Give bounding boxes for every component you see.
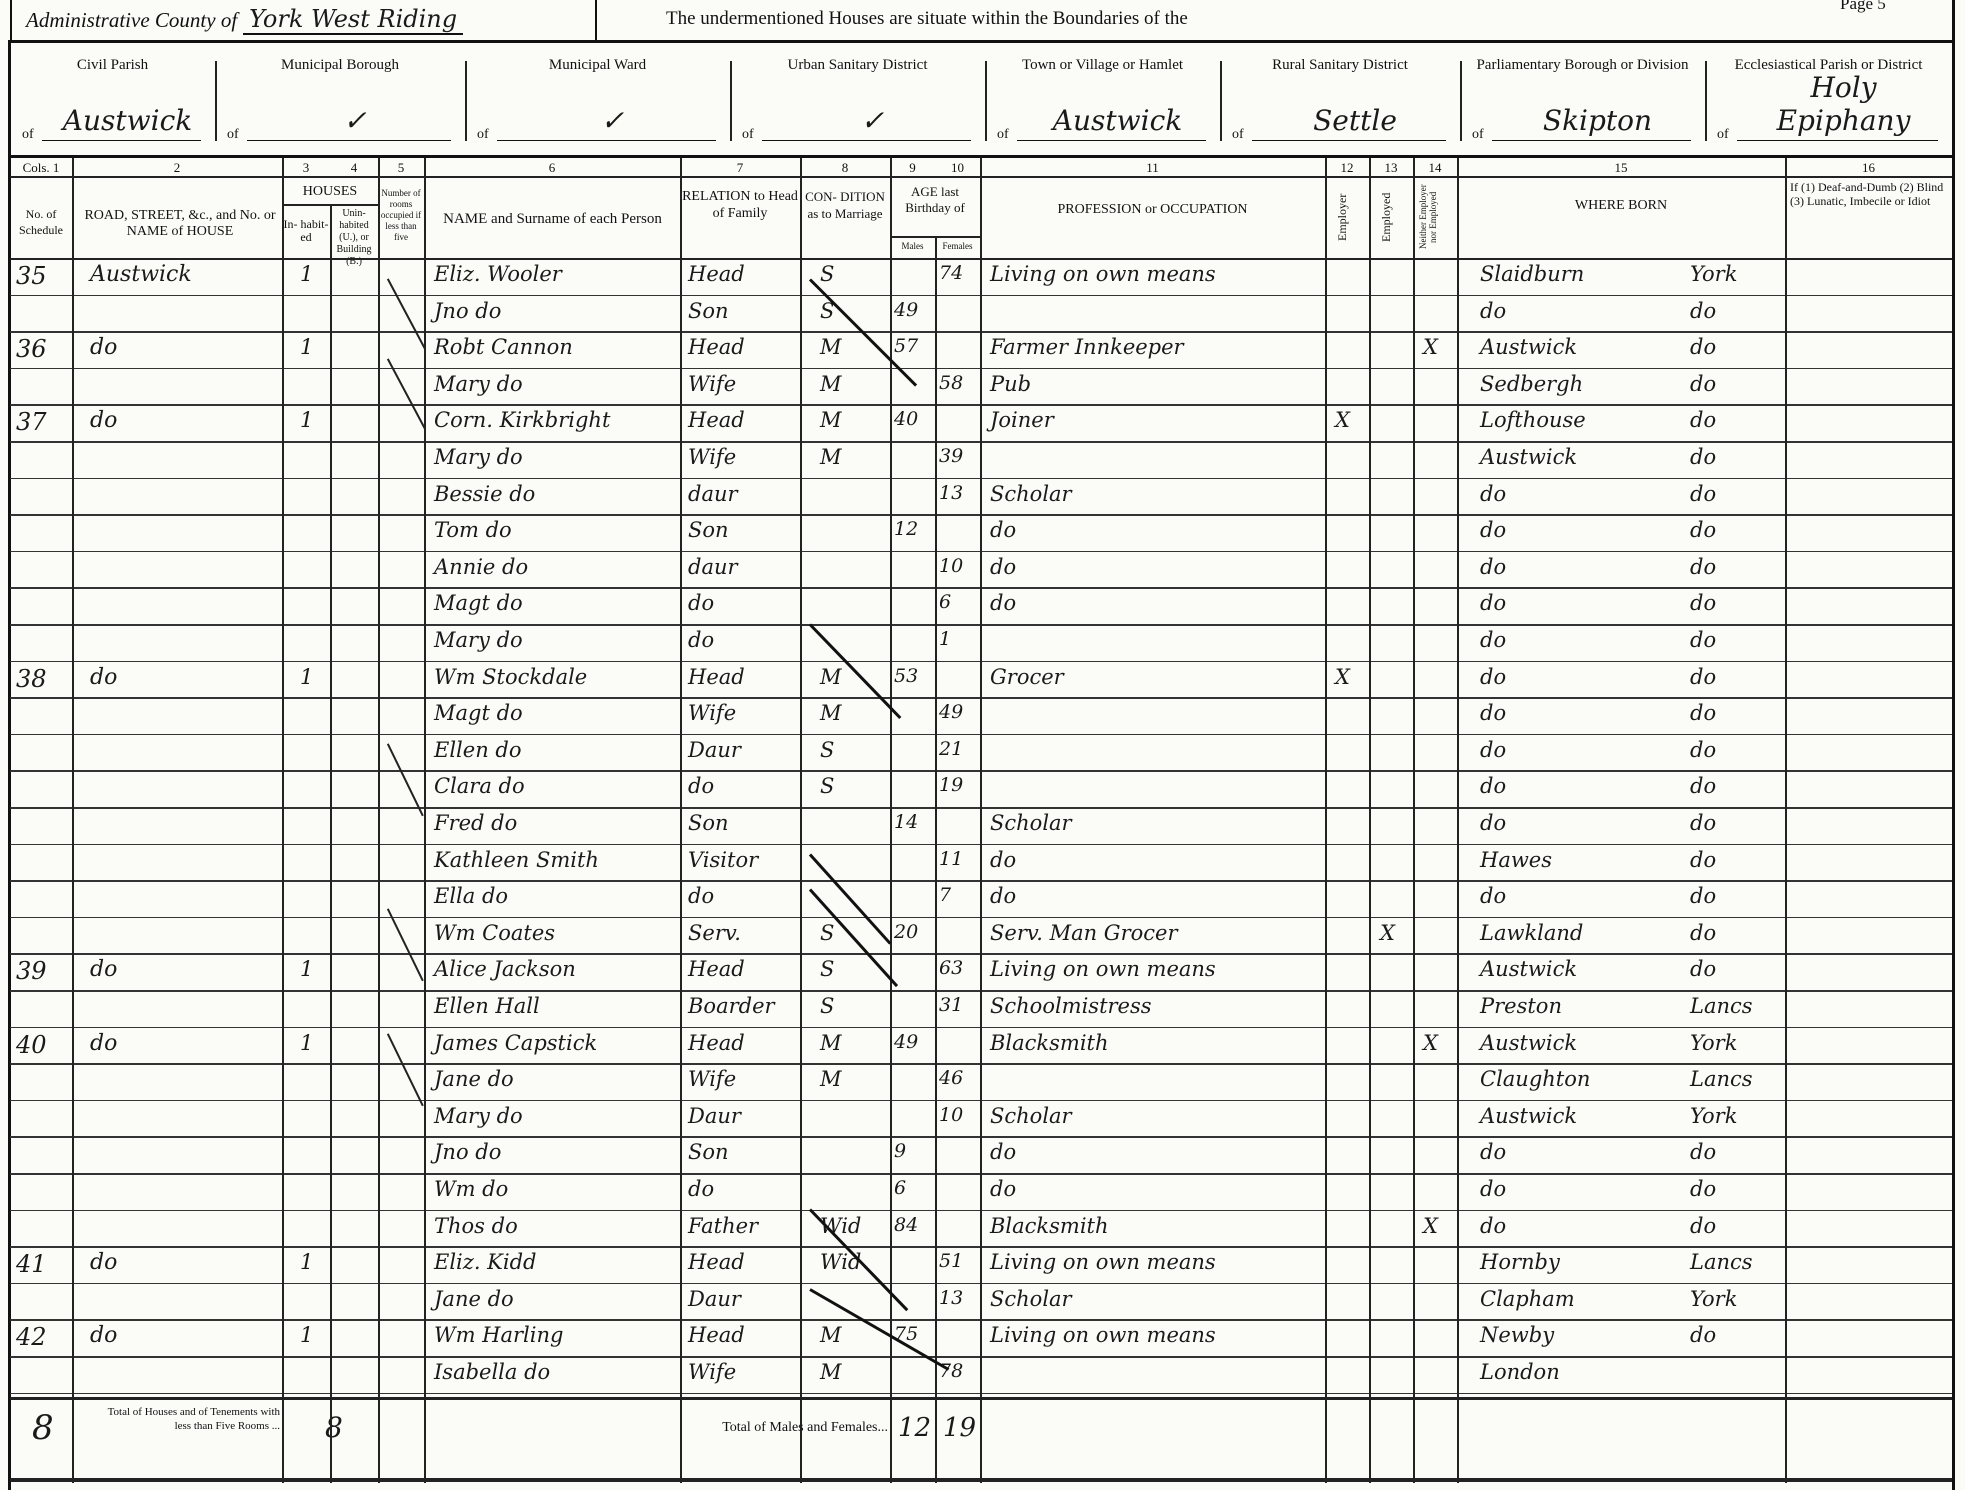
col-num-5: 5 bbox=[378, 160, 424, 176]
cell-relation: do bbox=[688, 774, 714, 798]
column-divider bbox=[330, 204, 332, 1483]
cell-condition: S bbox=[820, 774, 834, 798]
cell-born-place: do bbox=[1480, 701, 1506, 725]
cell-female: 7 bbox=[939, 884, 951, 906]
cell-born-place: do bbox=[1480, 299, 1506, 323]
cell-relation: Head bbox=[688, 408, 745, 432]
cell-occupation: Scholar bbox=[990, 1287, 1072, 1311]
cell-female: 51 bbox=[939, 1250, 963, 1272]
cell-occupation: Schoolmistress bbox=[990, 994, 1152, 1018]
cell-occupation: Pub bbox=[990, 372, 1031, 396]
cell-inhabited: 1 bbox=[300, 262, 313, 286]
cell-born-place: Hornby bbox=[1480, 1250, 1560, 1274]
cell-male: 6 bbox=[894, 1177, 906, 1199]
cell-condition: S bbox=[820, 921, 834, 945]
cell-occupation: Living on own means bbox=[990, 1250, 1216, 1274]
cell-male: 12 bbox=[894, 518, 918, 540]
cell-born-county: York bbox=[1690, 262, 1737, 286]
cell-name: Jane do bbox=[434, 1067, 514, 1091]
cell-relation: Son bbox=[688, 1140, 729, 1164]
cell-relation: Daur bbox=[688, 1287, 741, 1311]
col-num-10: 10 bbox=[935, 160, 980, 176]
totals-persons-label: Total of Males and Females... bbox=[570, 1420, 888, 1436]
cell-born-place: London bbox=[1480, 1360, 1560, 1384]
cell-neither: X bbox=[1423, 1031, 1438, 1055]
cell-occupation: Living on own means bbox=[990, 262, 1216, 286]
cell-born-county: do bbox=[1690, 1214, 1716, 1238]
district-village-hamlet: Town or Village or Hamlet of Austwick bbox=[985, 43, 1220, 157]
cell-born-county: do bbox=[1690, 921, 1716, 945]
cell-occupation: Living on own means bbox=[990, 1323, 1216, 1347]
cell-born-county: do bbox=[1690, 591, 1716, 615]
cell-relation: daur bbox=[688, 555, 738, 579]
cell-name: Thos do bbox=[434, 1214, 518, 1238]
cell-born-place: do bbox=[1480, 811, 1506, 835]
cell-inhabited: 1 bbox=[300, 1323, 313, 1347]
cell-relation: Serv. bbox=[688, 921, 741, 945]
cell-occupation: do bbox=[990, 555, 1016, 579]
cell-born-county: Lancs bbox=[1690, 1067, 1753, 1091]
cell-male: 14 bbox=[894, 811, 918, 833]
cell-born-county: do bbox=[1690, 957, 1716, 981]
cell-name: Fred do bbox=[434, 811, 517, 835]
cell-born-place: Sedbergh bbox=[1480, 372, 1583, 396]
tally-stroke bbox=[387, 908, 423, 981]
cell-name: Jno do bbox=[434, 299, 501, 323]
totals-males: 12 bbox=[898, 1413, 931, 1443]
cell-name: Wm do bbox=[434, 1177, 508, 1201]
column-divider bbox=[424, 158, 426, 1483]
cell-born-county: do bbox=[1690, 1140, 1716, 1164]
cell-relation: Son bbox=[688, 299, 729, 323]
cell-born-county: do bbox=[1690, 335, 1716, 359]
cell-employed: X bbox=[1380, 921, 1395, 945]
cell-female: 39 bbox=[939, 445, 963, 467]
totals-schedule-mark: 8 bbox=[32, 1408, 54, 1448]
cell-name: Annie do bbox=[434, 555, 528, 579]
cell-born-county: do bbox=[1690, 628, 1716, 652]
cell-inhabited: 1 bbox=[300, 1031, 313, 1055]
column-divider bbox=[1369, 158, 1371, 1483]
cell-schedule: 42 bbox=[16, 1323, 47, 1351]
cell-occupation: Serv. Man Grocer bbox=[990, 921, 1177, 945]
cell-condition: M bbox=[820, 372, 842, 396]
cell-female: 78 bbox=[939, 1360, 963, 1382]
cell-name: Isabella do bbox=[434, 1360, 550, 1384]
district-ecclesiastical-parish: Ecclesiastical Parish or District of Hol… bbox=[1705, 43, 1952, 157]
district-urban-sanitary: Urban Sanitary District of ✓ bbox=[730, 43, 985, 157]
cell-relation: Father bbox=[688, 1214, 758, 1238]
cell-born-place: Preston bbox=[1480, 994, 1562, 1018]
cell-born-place: do bbox=[1480, 518, 1506, 542]
cell-male: 49 bbox=[894, 299, 918, 321]
cell-female: 10 bbox=[939, 555, 963, 577]
administrative-county-label: Administrative County of bbox=[26, 8, 237, 33]
cell-relation: Head bbox=[688, 957, 745, 981]
cell-female: 13 bbox=[939, 1287, 963, 1309]
header-males: Males bbox=[890, 238, 935, 254]
cell-occupation: do bbox=[990, 1177, 1016, 1201]
cell-born-place: Claughton bbox=[1480, 1067, 1590, 1091]
tally-stroke bbox=[387, 743, 423, 816]
totals-houses-label: Total of Houses and of Tenements with le… bbox=[100, 1405, 280, 1433]
cell-relation: Visitor bbox=[688, 848, 758, 872]
cell-relation: Head bbox=[688, 262, 745, 286]
cell-schedule: 41 bbox=[16, 1250, 47, 1278]
column-divider bbox=[1325, 158, 1327, 1483]
cell-road: do bbox=[90, 1250, 117, 1275]
administrative-county-box: Administrative County of York West Ridin… bbox=[10, 0, 597, 42]
cell-occupation: do bbox=[990, 848, 1016, 872]
cell-born-place: Lofthouse bbox=[1480, 408, 1586, 432]
cell-born-place: do bbox=[1480, 738, 1506, 762]
cell-relation: Daur bbox=[688, 738, 741, 762]
cell-road: do bbox=[90, 1323, 117, 1348]
header-rooms: Number of rooms occupied if less than fi… bbox=[378, 188, 424, 243]
cell-condition: M bbox=[820, 1360, 842, 1384]
cell-schedule: 38 bbox=[16, 665, 47, 693]
cell-born-place: do bbox=[1480, 884, 1506, 908]
totals-females: 19 bbox=[943, 1413, 976, 1443]
cell-born-place: Austwick bbox=[1480, 445, 1577, 469]
boundary-title: The undermentioned Houses are situate wi… bbox=[666, 8, 1188, 30]
cell-name: Magt do bbox=[434, 591, 523, 615]
cell-schedule: 36 bbox=[16, 335, 47, 363]
column-divider bbox=[680, 158, 682, 1483]
column-divider bbox=[1785, 158, 1787, 1483]
cell-female: 1 bbox=[939, 628, 951, 650]
cell-relation: Wife bbox=[688, 1360, 736, 1384]
cell-born-place: Clapham bbox=[1480, 1287, 1575, 1311]
cell-occupation: Blacksmith bbox=[990, 1214, 1109, 1238]
cell-male: 53 bbox=[894, 665, 918, 687]
cell-road: do bbox=[90, 408, 117, 433]
col-num-11: 11 bbox=[980, 160, 1325, 176]
cell-name: James Capstick bbox=[434, 1031, 597, 1055]
cell-occupation: Farmer Innkeeper bbox=[990, 335, 1184, 359]
header-employed: Employed bbox=[1379, 182, 1394, 252]
cell-occupation: Living on own means bbox=[990, 957, 1216, 981]
cell-occupation: do bbox=[990, 518, 1016, 542]
column-divider bbox=[935, 236, 937, 1483]
cell-born-county: do bbox=[1690, 372, 1716, 396]
administrative-county-value: York West Riding bbox=[243, 5, 463, 35]
col-num-4: 4 bbox=[330, 160, 378, 176]
col-num-13: 13 bbox=[1369, 160, 1413, 176]
col-num-3: 3 bbox=[282, 160, 330, 176]
cell-employer: X bbox=[1335, 408, 1350, 432]
cell-schedule: 39 bbox=[16, 957, 47, 985]
cell-born-county: Lancs bbox=[1690, 1250, 1753, 1274]
header-condition: CON- DITION as to Marriage bbox=[800, 188, 890, 222]
cell-born-county: do bbox=[1690, 445, 1716, 469]
header-age: AGE last Birthday of bbox=[890, 184, 980, 216]
cell-born-county: do bbox=[1690, 482, 1716, 506]
cell-born-county: do bbox=[1690, 555, 1716, 579]
cell-born-place: Austwick bbox=[1480, 1031, 1577, 1055]
cell-born-place: do bbox=[1480, 628, 1506, 652]
col-num-15: 15 bbox=[1457, 160, 1785, 176]
cell-born-place: do bbox=[1480, 665, 1506, 689]
cell-male: 40 bbox=[894, 408, 918, 430]
cell-relation: do bbox=[688, 884, 714, 908]
cell-condition: M bbox=[820, 701, 842, 725]
cell-born-county: do bbox=[1690, 884, 1716, 908]
header-schedule: No. of Schedule bbox=[10, 206, 72, 238]
cell-female: 74 bbox=[939, 262, 963, 284]
col-num-12: 12 bbox=[1325, 160, 1369, 176]
cell-occupation: Scholar bbox=[990, 482, 1072, 506]
cell-born-place: Slaidburn bbox=[1480, 262, 1584, 286]
cell-born-county: do bbox=[1690, 774, 1716, 798]
cell-name: Jane do bbox=[434, 1287, 514, 1311]
cell-born-place: do bbox=[1480, 1214, 1506, 1238]
cell-occupation: Blacksmith bbox=[990, 1031, 1109, 1055]
column-divider bbox=[72, 158, 74, 1483]
column-divider bbox=[1457, 158, 1459, 1483]
cell-born-county: do bbox=[1690, 701, 1716, 725]
page-number: Page 5 bbox=[1840, 0, 1886, 14]
cell-born-place: do bbox=[1480, 482, 1506, 506]
cell-name: Wm Harling bbox=[434, 1323, 563, 1347]
col-num-6: 6 bbox=[424, 160, 680, 176]
cell-female: 58 bbox=[939, 372, 963, 394]
cell-employer: X bbox=[1335, 665, 1350, 689]
cell-name: Mary do bbox=[434, 445, 523, 469]
right-border bbox=[1952, 0, 1955, 1490]
cell-male: 57 bbox=[894, 335, 918, 357]
cell-name: Alice Jackson bbox=[434, 957, 576, 981]
header-relation: RELATION to Head of Family bbox=[680, 188, 800, 222]
cell-born-place: do bbox=[1480, 591, 1506, 615]
cell-relation: Head bbox=[688, 1031, 745, 1055]
header-females: Females bbox=[935, 238, 980, 254]
col-num-8: 8 bbox=[800, 160, 890, 176]
header-employer: Employer bbox=[1335, 182, 1350, 252]
cell-born-county: York bbox=[1690, 1031, 1737, 1055]
cell-born-county: do bbox=[1690, 518, 1716, 542]
census-table: Cols. 1 2 3 4 5 6 7 8 9 10 11 12 13 14 1… bbox=[10, 155, 1952, 1490]
cell-name: Corn. Kirkbright bbox=[434, 408, 610, 432]
cell-female: 13 bbox=[939, 482, 963, 504]
cell-born-county: do bbox=[1690, 299, 1716, 323]
cell-female: 11 bbox=[939, 848, 963, 870]
cell-born-place: Newby bbox=[1480, 1323, 1554, 1347]
cell-condition: M bbox=[820, 665, 842, 689]
cell-occupation: do bbox=[990, 591, 1016, 615]
header-neither: Neither Employer nor Employed bbox=[1418, 180, 1452, 254]
column-divider bbox=[800, 158, 802, 1483]
cell-born-county: do bbox=[1690, 811, 1716, 835]
cell-relation: do bbox=[688, 628, 714, 652]
cell-born-place: Austwick bbox=[1480, 335, 1577, 359]
header-where-born: WHERE BORN bbox=[1457, 198, 1785, 214]
cell-condition: S bbox=[820, 738, 834, 762]
cell-male: 49 bbox=[894, 1031, 918, 1053]
cell-road: do bbox=[90, 335, 117, 360]
cell-name: Ellen Hall bbox=[434, 994, 540, 1018]
header-name: NAME and Surname of each Person bbox=[440, 208, 665, 230]
district-header: Civil Parish of Austwick Municipal Borou… bbox=[10, 40, 1952, 157]
cell-relation: Wife bbox=[688, 1067, 736, 1091]
cell-female: 19 bbox=[939, 774, 963, 796]
cell-name: Mary do bbox=[434, 628, 523, 652]
cell-born-place: do bbox=[1480, 1177, 1506, 1201]
cell-male: 9 bbox=[894, 1140, 906, 1162]
district-municipal-borough: Municipal Borough of ✓ bbox=[215, 43, 465, 157]
cell-road: Austwick bbox=[90, 262, 192, 287]
cell-relation: Daur bbox=[688, 1104, 741, 1128]
cell-condition: M bbox=[820, 445, 842, 469]
cell-condition: M bbox=[820, 408, 842, 432]
cell-relation: Son bbox=[688, 811, 729, 835]
cell-inhabited: 1 bbox=[300, 408, 313, 432]
cell-condition: M bbox=[820, 1067, 842, 1091]
cell-name: Robt Cannon bbox=[434, 335, 573, 359]
cell-schedule: 35 bbox=[16, 262, 47, 290]
cell-relation: Head bbox=[688, 1250, 745, 1274]
cell-occupation: do bbox=[990, 1140, 1016, 1164]
column-divider bbox=[980, 158, 982, 1483]
cell-relation: Head bbox=[688, 665, 745, 689]
header-occupation: PROFESSION or OCCUPATION bbox=[980, 202, 1325, 218]
cell-inhabited: 1 bbox=[300, 957, 313, 981]
cell-relation: Head bbox=[688, 1323, 745, 1347]
cell-female: 46 bbox=[939, 1067, 963, 1089]
cell-female: 21 bbox=[939, 738, 963, 760]
cell-relation: do bbox=[688, 591, 714, 615]
col-num-16: 16 bbox=[1785, 160, 1952, 176]
tally-stroke bbox=[387, 278, 426, 349]
cell-road: do bbox=[90, 1031, 117, 1056]
col-num-14: 14 bbox=[1413, 160, 1457, 176]
district-municipal-ward: Municipal Ward of ✓ bbox=[465, 43, 730, 157]
cell-name: Kathleen Smith bbox=[434, 848, 599, 872]
census-page: Administrative County of York West Ridin… bbox=[0, 0, 1965, 1490]
cell-name: Bessie do bbox=[434, 482, 535, 506]
cell-born-county: York bbox=[1690, 1104, 1737, 1128]
cell-born-place: Hawes bbox=[1480, 848, 1552, 872]
cell-name: Clara do bbox=[434, 774, 525, 798]
header-infirmity: If (1) Deaf-and-Dumb (2) Blind (3) Lunat… bbox=[1790, 180, 1950, 208]
cell-born-county: do bbox=[1690, 738, 1716, 762]
cell-born-county: do bbox=[1690, 408, 1716, 432]
cell-born-place: Austwick bbox=[1480, 1104, 1577, 1128]
cell-occupation: Joiner bbox=[990, 408, 1054, 432]
district-civil-parish: Civil Parish of Austwick bbox=[10, 43, 215, 157]
cell-condition: S bbox=[820, 957, 834, 981]
cell-born-place: do bbox=[1480, 774, 1506, 798]
cell-male: 20 bbox=[894, 921, 918, 943]
cell-female: 10 bbox=[939, 1104, 963, 1126]
cell-name: Ella do bbox=[434, 884, 508, 908]
cell-born-county: York bbox=[1690, 1287, 1737, 1311]
header-houses: HOUSES bbox=[282, 184, 378, 200]
district-parliamentary-borough: Parliamentary Borough or Division of Ski… bbox=[1460, 43, 1705, 157]
cell-name: Ellen do bbox=[434, 738, 521, 762]
col-num-7: 7 bbox=[680, 160, 800, 176]
cell-born-county: do bbox=[1690, 1323, 1716, 1347]
column-divider bbox=[1413, 158, 1415, 1483]
col-num-1: Cols. 1 bbox=[10, 160, 72, 176]
column-divider bbox=[282, 158, 284, 1483]
cell-occupation: Scholar bbox=[990, 1104, 1072, 1128]
cell-condition: M bbox=[820, 1031, 842, 1055]
cell-inhabited: 1 bbox=[300, 335, 313, 359]
cell-relation: Wife bbox=[688, 372, 736, 396]
cell-neither: X bbox=[1423, 335, 1438, 359]
cell-born-place: Austwick bbox=[1480, 957, 1577, 981]
header-inhabited: In- habit- ed bbox=[282, 218, 330, 244]
cell-occupation: do bbox=[990, 884, 1016, 908]
cell-born-place: Lawkland bbox=[1480, 921, 1583, 945]
cell-inhabited: 1 bbox=[300, 1250, 313, 1274]
cell-name: Magt do bbox=[434, 701, 523, 725]
col-num-9: 9 bbox=[890, 160, 935, 176]
cell-road: do bbox=[90, 665, 117, 690]
cell-female: 31 bbox=[939, 994, 963, 1016]
cell-born-county: do bbox=[1690, 1177, 1716, 1201]
cell-born-place: do bbox=[1480, 555, 1506, 579]
cell-relation: Boarder bbox=[688, 994, 775, 1018]
cell-condition: S bbox=[820, 262, 834, 286]
cell-relation: Head bbox=[688, 335, 745, 359]
cell-relation: Son bbox=[688, 518, 729, 542]
cell-name: Mary do bbox=[434, 372, 523, 396]
totals-houses-value: 8 bbox=[325, 1411, 343, 1444]
cell-female: 49 bbox=[939, 701, 963, 723]
cell-name: Mary do bbox=[434, 1104, 523, 1128]
cell-name: Jno do bbox=[434, 1140, 501, 1164]
cell-relation: Wife bbox=[688, 445, 736, 469]
cell-born-county: do bbox=[1690, 665, 1716, 689]
cell-name: Eliz. Wooler bbox=[434, 262, 562, 286]
cell-inhabited: 1 bbox=[300, 665, 313, 689]
cell-schedule: 37 bbox=[16, 408, 47, 436]
cell-name: Eliz. Kidd bbox=[434, 1250, 536, 1274]
col-num-2: 2 bbox=[72, 160, 282, 176]
cell-born-county: do bbox=[1690, 848, 1716, 872]
tally-stroke bbox=[387, 1033, 423, 1106]
header-road: ROAD, STREET, &c., and No. or NAME of HO… bbox=[80, 208, 280, 240]
cell-condition: S bbox=[820, 994, 834, 1018]
cell-name: Wm Coates bbox=[434, 921, 555, 945]
cell-occupation: Scholar bbox=[990, 811, 1072, 835]
cell-female: 6 bbox=[939, 591, 951, 613]
cell-road: do bbox=[90, 957, 117, 982]
cell-female: 63 bbox=[939, 957, 963, 979]
cell-occupation: Grocer bbox=[990, 665, 1064, 689]
cell-born-place: do bbox=[1480, 1140, 1506, 1164]
cell-born-county: Lancs bbox=[1690, 994, 1753, 1018]
cell-relation: daur bbox=[688, 482, 738, 506]
cell-name: Wm Stockdale bbox=[434, 665, 587, 689]
cell-male: 84 bbox=[894, 1214, 918, 1236]
cell-name: Tom do bbox=[434, 518, 512, 542]
district-rural-sanitary: Rural Sanitary District of Settle bbox=[1220, 43, 1460, 157]
cell-condition: M bbox=[820, 1323, 842, 1347]
cell-schedule: 40 bbox=[16, 1031, 47, 1059]
cell-condition: M bbox=[820, 335, 842, 359]
cell-relation: do bbox=[688, 1177, 714, 1201]
cell-neither: X bbox=[1423, 1214, 1438, 1238]
cell-relation: Wife bbox=[688, 701, 736, 725]
column-divider bbox=[378, 158, 380, 1483]
